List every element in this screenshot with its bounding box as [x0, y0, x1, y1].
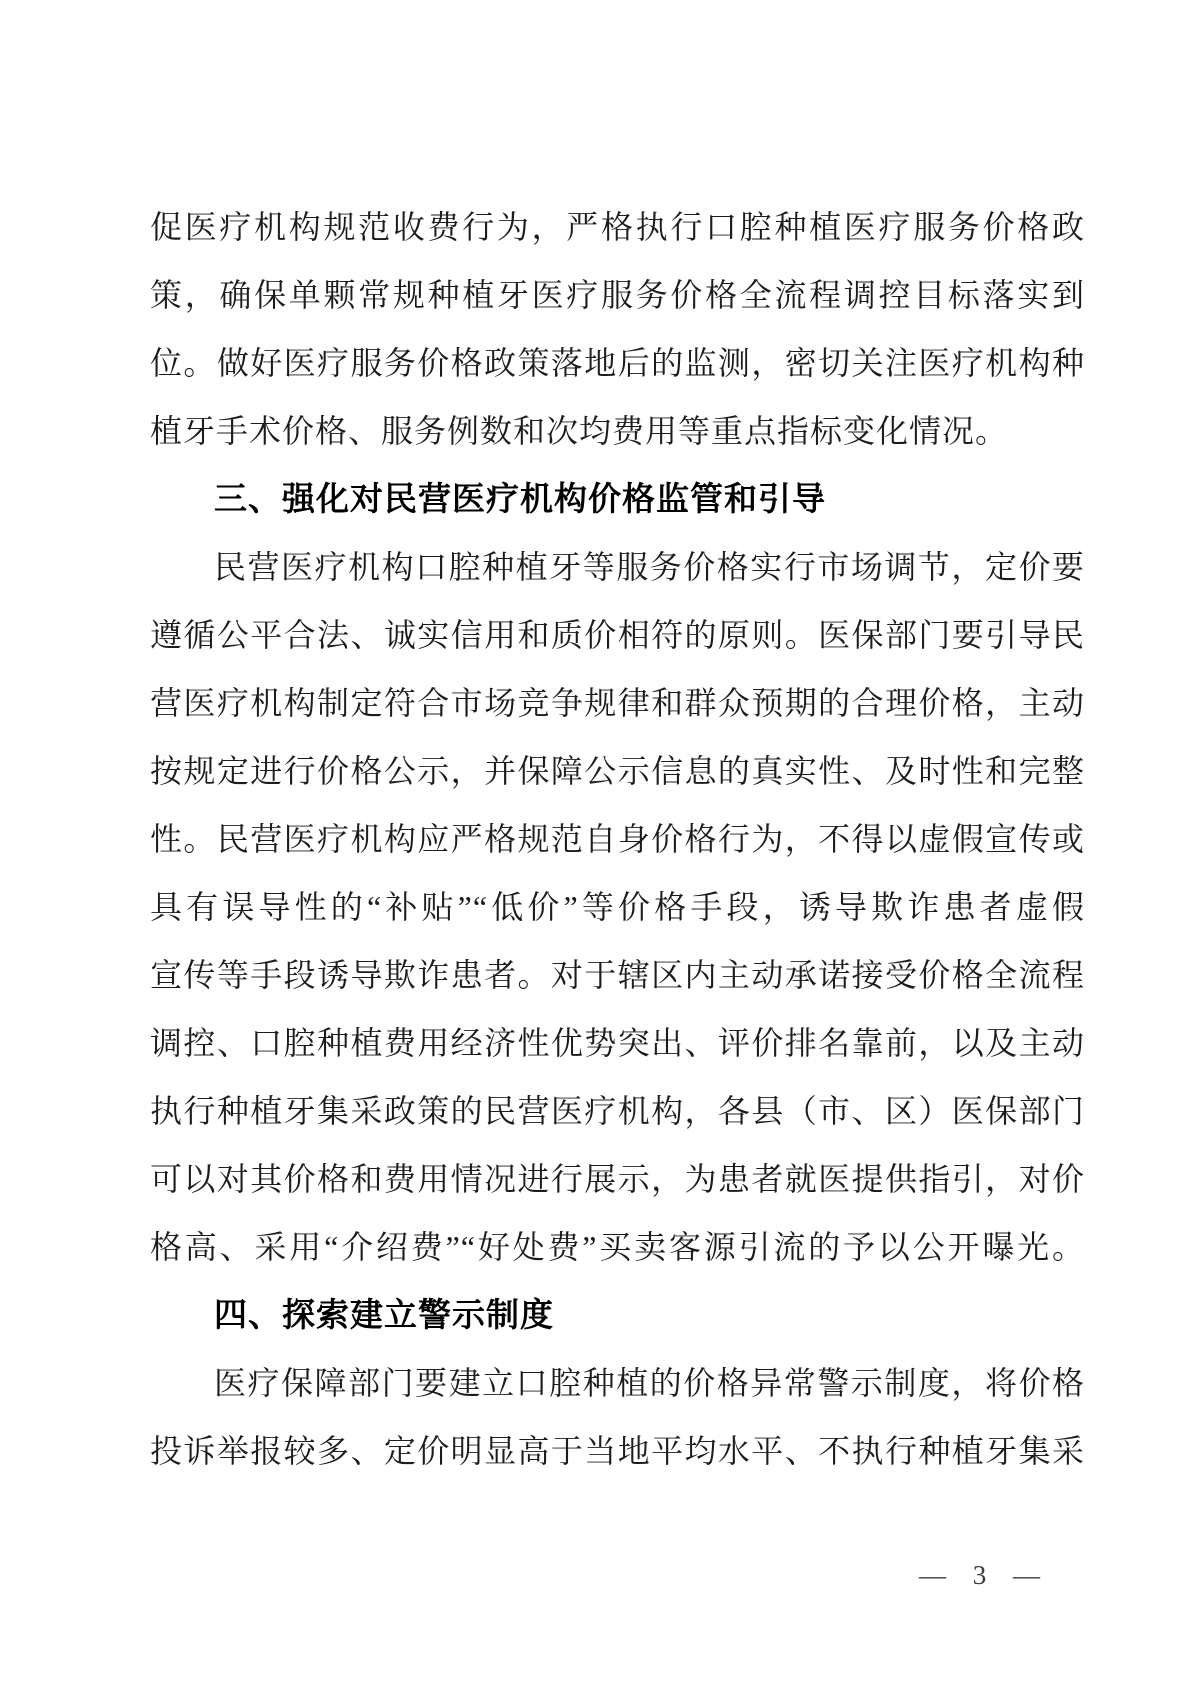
document-body: 促医疗机构规范收费行为，严格执行口腔种植医疗服务价格政 策，确保单颗常规种植牙医…: [150, 193, 1085, 1485]
paragraph-line: 按规定进行价格公示，并保障公示信息的真实性、及时性和完整: [150, 737, 1085, 805]
paragraph-line: 可以对其价格和费用情况进行展示，为患者就医提供指引，对价: [150, 1145, 1085, 1213]
paragraph-line: 投诉举报较多、定价明显高于当地平均水平、不执行种植牙集采: [150, 1417, 1085, 1485]
paragraph-line: 具有误导性的“补贴”“低价”等价格手段，诱导欺诈患者虚假: [150, 873, 1085, 941]
paragraph-line: 医疗保障部门要建立口腔种植的价格异常警示制度，将价格: [150, 1349, 1085, 1417]
paragraph-line: 策，确保单颗常规种植牙医疗服务价格全流程调控目标落实到: [150, 261, 1085, 329]
paragraph-line: 促医疗机构规范收费行为，严格执行口腔种植医疗服务价格政: [150, 193, 1085, 261]
page-number: — 3 —: [919, 1555, 1050, 1595]
paragraph-line: 位。做好医疗服务价格政策落地后的监测，密切关注医疗机构种: [150, 329, 1085, 397]
paragraph-line: 宣传等手段诱导欺诈患者。对于辖区内主动承诺接受价格全流程: [150, 941, 1085, 1009]
paragraph-line: 遵循公平合法、诚实信用和质价相符的原则。医保部门要引导民: [150, 601, 1085, 669]
paragraph-line: 调控、口腔种植费用经济性优势突出、评价排名靠前，以及主动: [150, 1009, 1085, 1077]
paragraph-line: 民营医疗机构口腔种植牙等服务价格实行市场调节，定价要: [150, 533, 1085, 601]
paragraph-line: 植牙手术价格、服务例数和次均费用等重点指标变化情况。: [150, 397, 1085, 465]
paragraph-line: 性。民营医疗机构应严格规范自身价格行为，不得以虚假宣传或: [150, 805, 1085, 873]
section-three-heading: 三、强化对民营医疗机构价格监管和引导: [150, 465, 1085, 533]
paragraph-line: 执行种植牙集采政策的民营医疗机构，各县（市、区）医保部门: [150, 1077, 1085, 1145]
section-four-heading: 四、探索建立警示制度: [150, 1281, 1085, 1349]
document-page: 促医疗机构规范收费行为，严格执行口腔种植医疗服务价格政 策，确保单颗常规种植牙医…: [0, 0, 1190, 1683]
paragraph-line: 营医疗机构制定符合市场竞争规律和群众预期的合理价格，主动: [150, 669, 1085, 737]
paragraph-line: 格高、采用“介绍费”“好处费”买卖客源引流的予以公开曝光。: [150, 1213, 1085, 1281]
